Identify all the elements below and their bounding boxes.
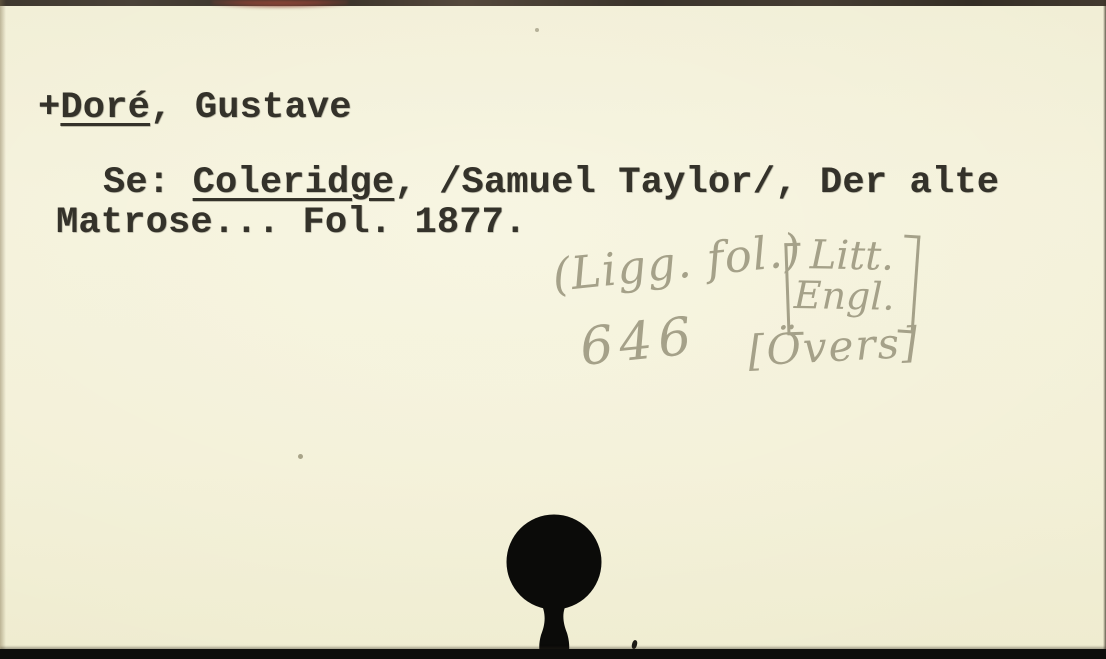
referenced-author: Coleridge	[193, 162, 395, 204]
author-name: Doré	[60, 87, 150, 129]
ink-speck	[535, 28, 539, 32]
reference-rest: , /Samuel Taylor/, Der alte	[394, 162, 999, 204]
punch-hole	[495, 513, 617, 659]
heading-line: +Doré, Gustave	[38, 88, 352, 128]
see-label: Se:	[103, 162, 193, 204]
catalog-card-scan: +Doré, Gustave Se: Coleridge, /Samuel Ta…	[0, 0, 1106, 659]
card-left-edge-shadow	[0, 0, 6, 659]
author-rest: , Gustave	[150, 87, 352, 129]
pencil-shelf-number: 646	[577, 306, 700, 378]
plus-mark: +	[38, 87, 60, 129]
ink-speck	[631, 640, 638, 650]
reference-line: Se: Coleridge, /Samuel Taylor/, Der alte	[103, 163, 999, 203]
category-litt: Litt.	[809, 233, 894, 278]
pencil-format-note: (Ligg. fol.)	[550, 223, 804, 302]
ink-speck	[298, 454, 303, 459]
category-engl: Engl.	[793, 275, 894, 317]
red-ink-smudge	[212, 0, 348, 8]
ink-speck	[714, 170, 717, 173]
scan-bottom-edge	[0, 649, 1106, 659]
pencil-translation-note: [Övers]	[747, 318, 921, 376]
reference-continuation: Matrose... Fol. 1877.	[56, 203, 526, 243]
left-bracket	[784, 243, 803, 336]
scan-top-edge	[0, 0, 1106, 6]
